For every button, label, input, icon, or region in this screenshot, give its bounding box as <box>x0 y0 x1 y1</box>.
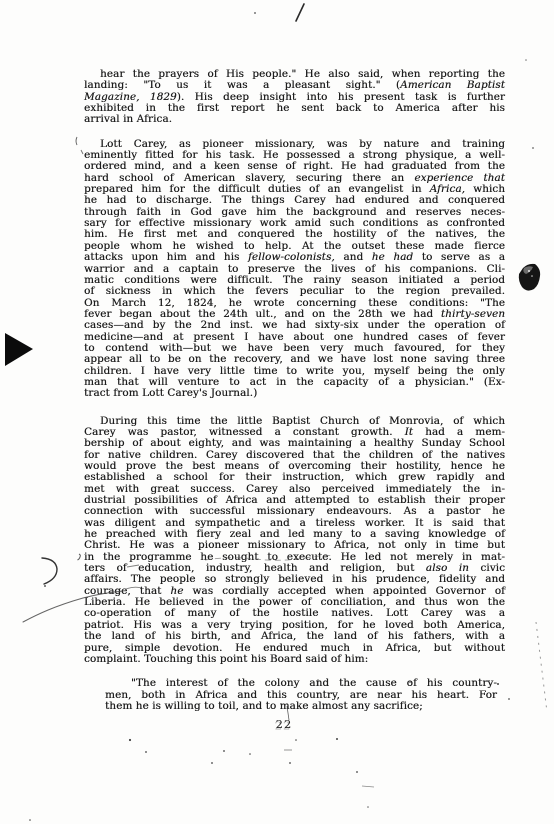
text-line: attacks upon him and his fellow-colonist… <box>84 252 505 263</box>
margin-tick <box>81 150 83 154</box>
text-line: tract from Lott Carey's Journal.) <box>84 388 505 399</box>
text-line: established a school for their instructi… <box>84 472 505 483</box>
body-paragraph: hear the prayers of His people." He also… <box>84 69 505 126</box>
body-paragraph: Lott Carey, as pioneer missionary, was b… <box>84 139 505 400</box>
text-line: "The interest of the colony and the caus… <box>105 678 497 689</box>
ink-blot <box>519 264 540 291</box>
ink-speck <box>508 698 510 700</box>
pencil-dot <box>44 585 46 587</box>
text-line: appear all to be on the recovery, and we… <box>84 354 505 365</box>
text-line: complaint. Touching this point his Board… <box>84 654 505 665</box>
ink-specks <box>29 738 358 821</box>
page-number: 22 <box>84 717 484 731</box>
text-line: them he is willing to toil, and to make … <box>105 701 497 712</box>
text-line: of sickness in which the fevers peculiar… <box>84 286 505 297</box>
book-page: hear the prayers of His people." He also… <box>0 0 554 824</box>
text-line: bership of about eighty, and was maintai… <box>84 438 505 449</box>
ink-speck <box>532 147 534 149</box>
pencil-check-mark <box>42 558 57 584</box>
diagonal-scratch <box>536 622 547 712</box>
ink-speck <box>525 59 527 61</box>
handwritten-slash <box>296 4 304 21</box>
page-text-block: hear the prayers of His people." He also… <box>84 69 505 718</box>
block-quote-paragraph: "The interest of the colony and the caus… <box>105 678 497 712</box>
bottom-dash <box>362 786 374 787</box>
margin-tick <box>76 137 77 145</box>
pencil-comma <box>78 554 81 560</box>
text-line: the land of his birth, and Africa, the l… <box>84 631 505 642</box>
ink-speck <box>254 12 256 14</box>
text-line: arrival in Africa. <box>84 114 505 125</box>
black-triangle-mark <box>5 333 33 366</box>
ink-speck <box>367 806 369 808</box>
body-paragraph: During this time the little Baptist Chur… <box>84 416 505 666</box>
text-line: cases—and by the 2nd inst. we had sixty-… <box>84 320 505 331</box>
